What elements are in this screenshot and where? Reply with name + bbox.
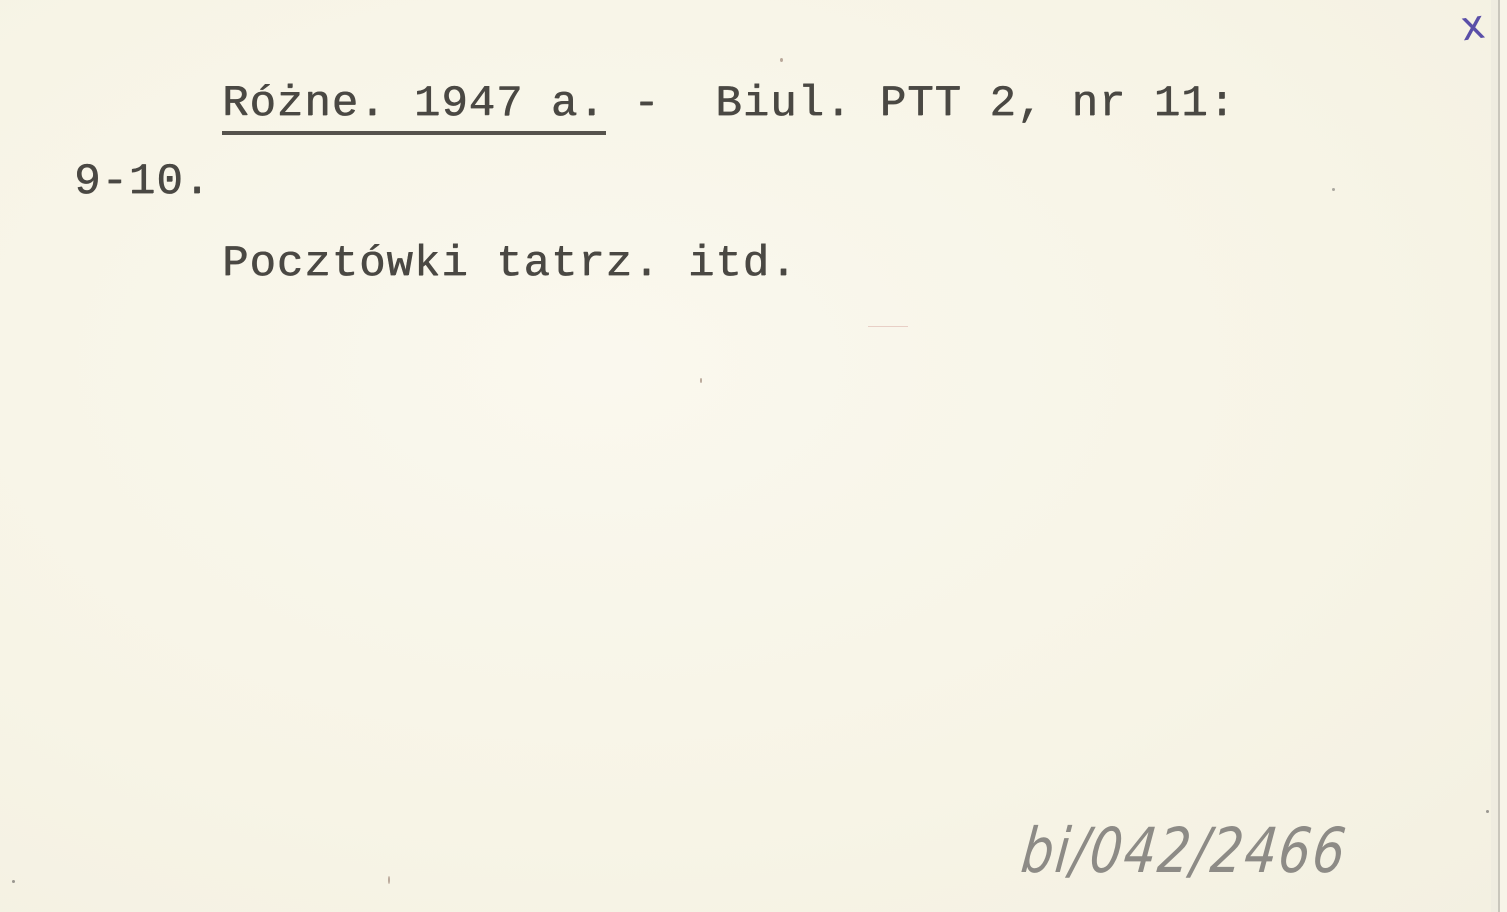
subject-heading: Różne. 1947 a. [222,79,606,135]
paper-speck [1486,810,1489,813]
paper-speck [868,326,908,327]
call-number: bi/042/2466 [1018,820,1350,882]
card-edge [1491,0,1498,912]
catalog-card: Różne. 1947 a. - Biul. PTT 2, nr 11: 9-1… [0,0,1500,912]
paper-speck [1332,188,1335,191]
source-reference: Biul. PTT 2, nr 11: [715,79,1236,129]
paper-speck [780,58,783,62]
separator: - [606,79,716,129]
paper-speck [700,378,702,383]
corner-x-mark: x [1458,5,1487,48]
paper-speck [12,880,15,883]
page-range: 9-10. [74,160,211,204]
annotation-note: Pocztówki tatrz. itd. [222,242,798,286]
paper-speck [388,876,390,884]
citation-line-1: Różne. 1947 a. - Biul. PTT 2, nr 11: [222,82,1236,126]
